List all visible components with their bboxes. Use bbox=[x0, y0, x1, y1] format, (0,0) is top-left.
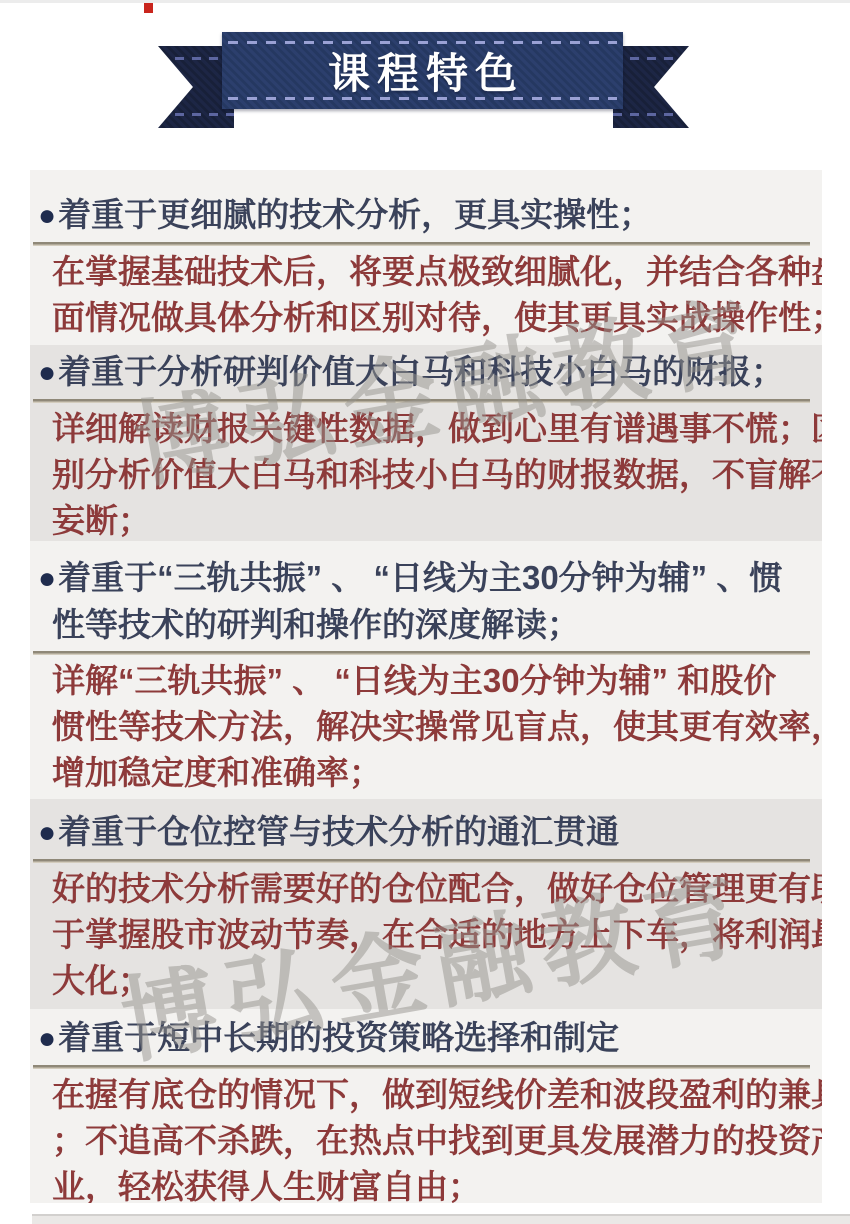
section-body-line: 好的技术分析需要好的仓位配合，做好仓位管理更有助 bbox=[30, 866, 822, 912]
feature-section: ●着重于仓位控管与技术分析的通汇贯通好的技术分析需要好的仓位配合，做好仓位管理更… bbox=[30, 799, 822, 1009]
section-body-line: 业，轻松获得人生财富自由； bbox=[30, 1164, 822, 1203]
section-body-line: 在握有底仓的情况下，做到短线价差和波段盈利的兼具 bbox=[30, 1072, 822, 1118]
ribbon-band: 课程特色 bbox=[222, 32, 623, 109]
section-body-line: 增加稳定度和准确率； bbox=[30, 750, 822, 796]
feature-section: ●着重于分析研判价值大白马和科技小白马的财报；详细解读财报关键性数据，做到心里有… bbox=[30, 345, 822, 541]
section-body-line: 面情况做具体分析和区别对待，使其更具实战操作性； bbox=[30, 295, 822, 341]
section-body-line: 妄断； bbox=[30, 498, 822, 544]
stitch-line bbox=[613, 57, 689, 60]
section-body-line: 大化； bbox=[30, 958, 822, 1004]
heading-rule bbox=[33, 399, 810, 403]
section-body-line: 详解“三轨共振” 、 “日线为主30分钟为辅” 和股价 bbox=[30, 658, 822, 704]
section-body-line: 于掌握股市波动节奏，在合适的地方上下车，将利润最 bbox=[30, 912, 822, 958]
bullet-icon: ● bbox=[38, 199, 56, 232]
section-heading-line: ●着重于更细腻的技术分析，更具实操性； bbox=[30, 192, 822, 239]
section-heading-line: 性等技术的研判和操作的深度解读； bbox=[30, 602, 822, 648]
feature-section: ●着重于“三轨共振” 、 “日线为主30分钟为辅” 、惯性等技术的研判和操作的深… bbox=[30, 541, 822, 799]
next-section-strip bbox=[32, 1214, 850, 1224]
section-heading-line: ●着重于仓位控管与技术分析的通汇贯通 bbox=[30, 809, 822, 856]
stitch-line bbox=[613, 113, 689, 116]
section-heading-line: ●着重于分析研判价值大白马和科技小白马的财报； bbox=[30, 349, 822, 396]
section-body-line: 在掌握基础技术后，将要点极致细腻化，并结合各种盘 bbox=[30, 249, 822, 295]
heading-rule bbox=[33, 859, 810, 863]
section-heading-line: ●着重于短中长期的投资策略选择和制定 bbox=[30, 1015, 822, 1062]
section-body-line: ；不追高不杀跌，在热点中找到更具发展潜力的投资产 bbox=[30, 1118, 822, 1164]
bullet-icon: ● bbox=[38, 1022, 56, 1055]
bullet-icon: ● bbox=[38, 356, 56, 389]
page: { "ribbon": { "title": "课程特色", "band_col… bbox=[0, 0, 850, 1224]
feature-section: ●着重于更细腻的技术分析，更具实操性；在掌握基础技术后，将要点极致细腻化，并结合… bbox=[30, 170, 822, 345]
section-heading-line: ●着重于“三轨共振” 、 “日线为主30分钟为辅” 、惯 bbox=[30, 555, 822, 602]
heading-rule bbox=[33, 242, 810, 246]
features-list: ●着重于更细腻的技术分析，更具实操性；在掌握基础技术后，将要点极致细腻化，并结合… bbox=[30, 170, 822, 1203]
heading-rule bbox=[33, 651, 810, 655]
feature-section: ●着重于短中长期的投资策略选择和制定在握有底仓的情况下，做到短线价差和波段盈利的… bbox=[30, 1009, 822, 1203]
heading-rule bbox=[33, 1065, 810, 1069]
ribbon-right-fold bbox=[613, 46, 689, 128]
bullet-icon: ● bbox=[38, 816, 56, 849]
bullet-icon: ● bbox=[38, 562, 56, 595]
ribbon-banner: 课程特色 bbox=[0, 0, 850, 160]
section-body-line: 别分析价值大白马和科技小白马的财报数据，不盲解不 bbox=[30, 452, 822, 498]
section-body-line: 详细解读财报关键性数据，做到心里有谱遇事不慌；区 bbox=[30, 406, 822, 452]
section-body-line: 惯性等技术方法，解决实操常见盲点，使其更有效率， bbox=[30, 704, 822, 750]
stitch-line bbox=[158, 113, 234, 116]
page-title: 课程特色 bbox=[222, 32, 623, 109]
